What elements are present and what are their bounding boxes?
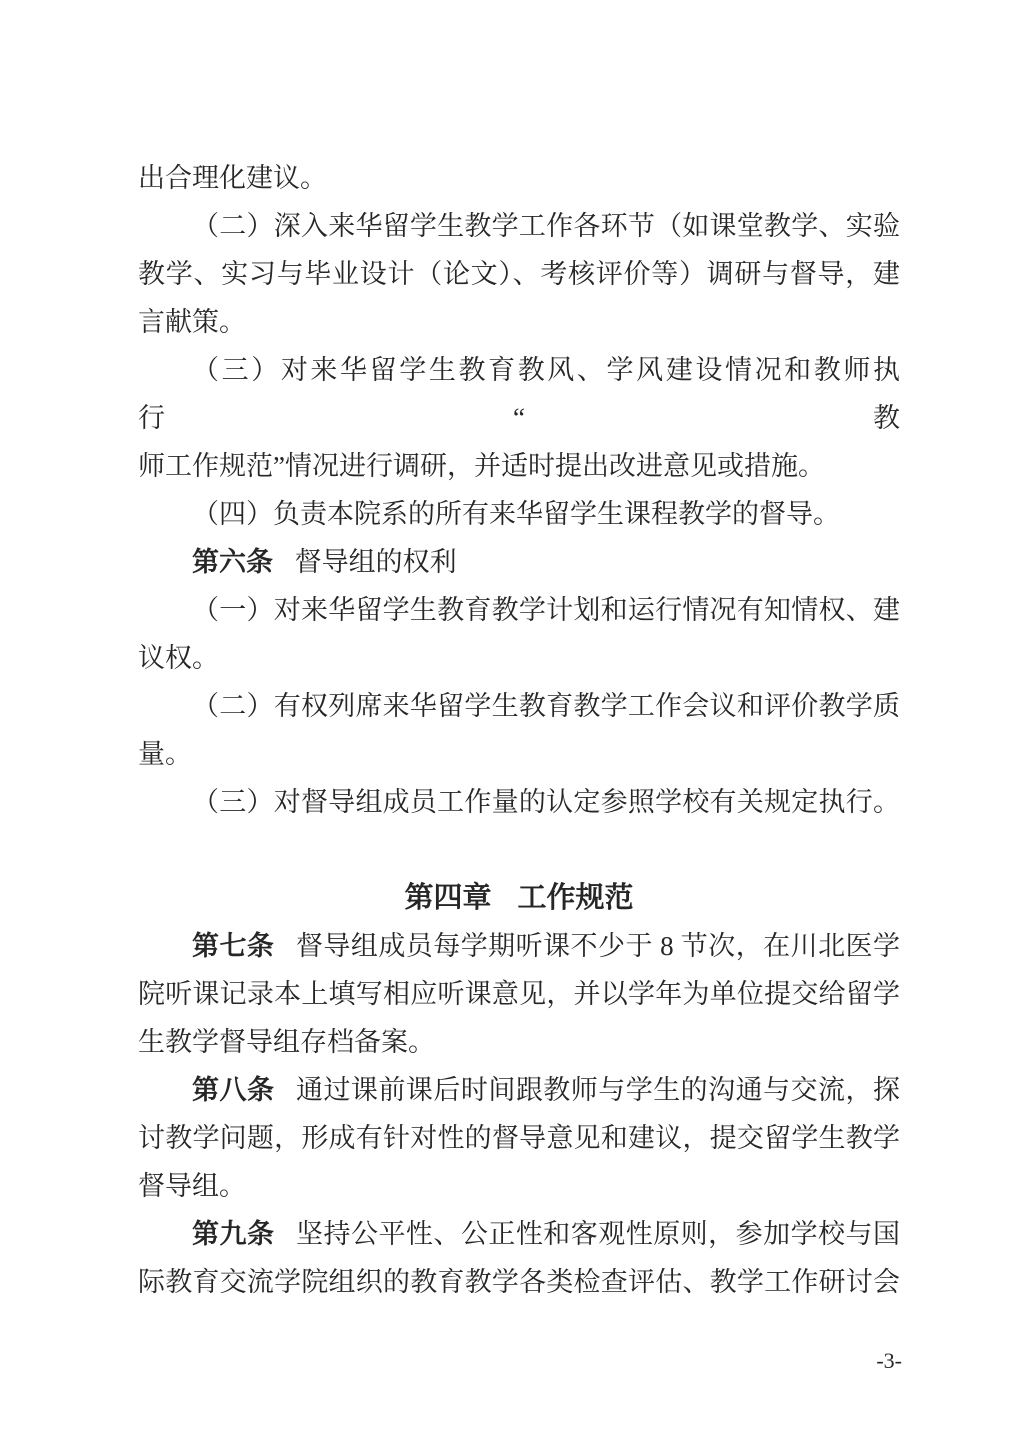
text-line: 讨教学问题，形成有针对性的督导意见和建议，提交留学生教学 [138, 1114, 900, 1162]
text-line: 生教学督导组存档备案。 [138, 1018, 900, 1066]
text-line: （二）有权列席来华留学生教育教学工作会议和评价教学质 [138, 682, 900, 730]
text-line: 言献策。 [138, 298, 900, 346]
article-text: 督导组成员每学期听课不少于 8 节次，在川北医学 [296, 931, 900, 961]
article-line: 第七条督导组成员每学期听课不少于 8 节次，在川北医学 [138, 922, 900, 970]
text-line: （三）对督导组成员工作量的认定参照学校有关规定执行。 [138, 778, 900, 826]
text-line: （二）深入来华留学生教学工作各环节（如课堂教学、实验 [138, 202, 900, 250]
text-line: （四）负责本院系的所有来华留学生课程教学的督导。 [138, 490, 900, 538]
article-number-label: 第六条 [192, 547, 273, 577]
article-text: 坚持公平性、公正性和客观性原则，参加学校与国 [296, 1219, 900, 1249]
chapter-heading: 第四章工作规范 [138, 874, 900, 922]
article-text: 通过课前课后时间跟教师与学生的沟通与交流，探 [296, 1075, 900, 1105]
text-line: 师工作规范”情况进行调研，并适时提出改进意见或措施。 [138, 442, 900, 490]
article-line: 第六条督导组的权利 [138, 538, 900, 586]
text-line: 出合理化建议。 [138, 154, 900, 202]
article-text: 督导组的权利 [295, 547, 457, 577]
article-number-label: 第九条 [192, 1219, 274, 1249]
document-page: { "doc": { "page_number": "-3-", "headin… [0, 0, 1024, 1448]
text-line: （一）对来华留学生教育教学计划和运行情况有知情权、建 [138, 586, 900, 634]
blank-line [138, 826, 900, 874]
text-line: 院听课记录本上填写相应听课意见，并以学年为单位提交给留学 [138, 970, 900, 1018]
page-sheet: 出合理化建议。 （二）深入来华留学生教学工作各环节（如课堂教学、实验 教学、实习… [0, 0, 1024, 1448]
article-number-label: 第八条 [192, 1075, 274, 1105]
text-line: 议权。 [138, 634, 900, 682]
text-line: 际教育交流学院组织的教育教学各类检查评估、教学工作研讨会 [138, 1258, 900, 1306]
article-line: 第九条坚持公平性、公正性和客观性原则，参加学校与国 [138, 1210, 900, 1258]
text-block: 出合理化建议。 （二）深入来华留学生教学工作各环节（如课堂教学、实验 教学、实习… [138, 154, 900, 1306]
chapter-title: 工作规范 [518, 882, 634, 914]
article-number-label: 第七条 [192, 931, 274, 961]
page-number: -3- [876, 1348, 902, 1374]
chapter-number: 第四章 [404, 882, 491, 914]
text-line: （三）对来华留学生教育教风、学风建设情况和教师执行“教 [138, 346, 900, 442]
text-line: 督导组。 [138, 1162, 900, 1210]
text-line: 量。 [138, 730, 900, 778]
article-line: 第八条通过课前课后时间跟教师与学生的沟通与交流，探 [138, 1066, 900, 1114]
text-line: 教学、实习与毕业设计（论文）、考核评价等）调研与督导，建 [138, 250, 900, 298]
